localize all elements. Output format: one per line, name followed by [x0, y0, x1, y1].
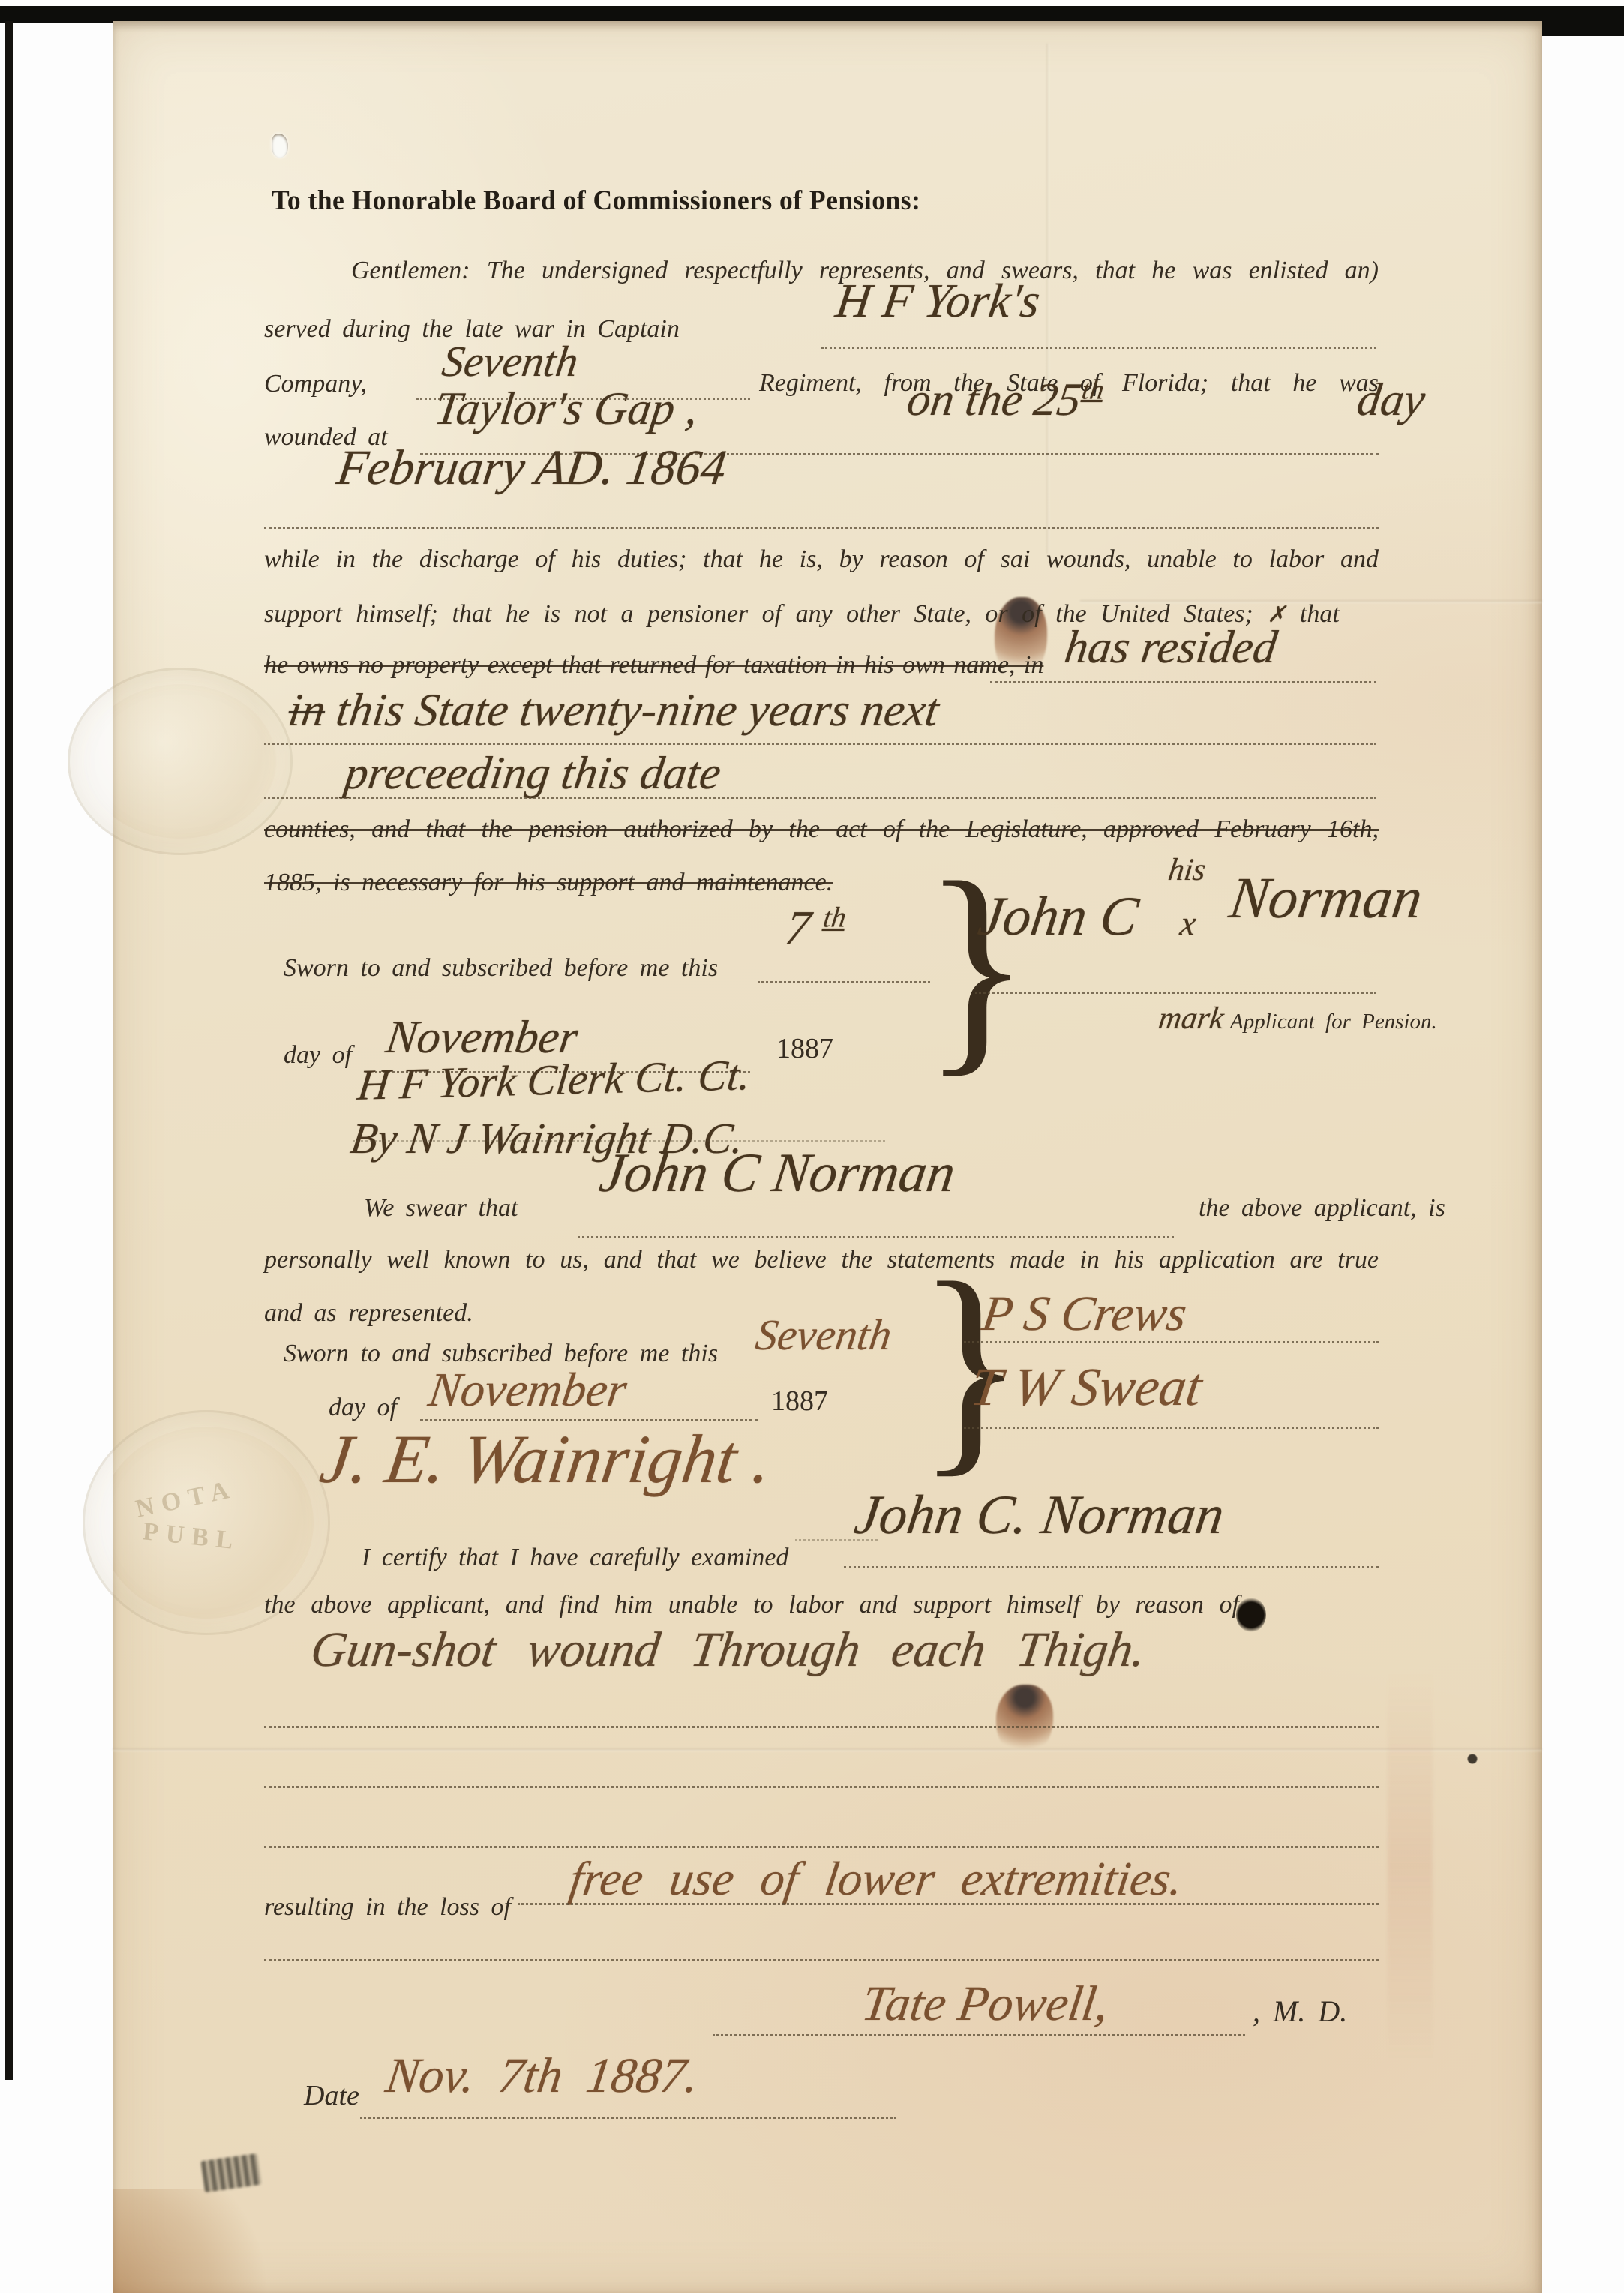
dotted-rule	[713, 2034, 1245, 2036]
oath2-day-handwritten: Seventh	[752, 1310, 895, 1360]
dotted-rule	[518, 1903, 1379, 1905]
resided-line3-handwritten: preceeding this date	[341, 747, 724, 800]
wound-date-handwritten: February AD. 1864	[334, 440, 730, 497]
oath2-month-handwritten: November	[425, 1362, 630, 1418]
scan-border-top	[0, 6, 1624, 23]
resided-in: in	[285, 685, 329, 736]
dotted-rule	[264, 1846, 1379, 1848]
struck-property-line: he owns no property except that returned…	[264, 651, 1043, 680]
applicant-signature-first: John C	[974, 885, 1142, 949]
seal-text-line1: NOTA	[134, 1475, 239, 1523]
applicant-for-pension-label: Applicant for Pension.	[1230, 1010, 1437, 1034]
fold-crease-vertical	[1046, 44, 1049, 554]
ink-blot-lower	[996, 1685, 1053, 1757]
we-swear-label: We swear that	[364, 1194, 518, 1223]
witness-line2: personally well known to us, and that we…	[264, 1247, 1379, 1274]
dotted-rule	[964, 1341, 1379, 1343]
date-handwritten: Nov. 7th 1887.	[383, 2048, 702, 2105]
resided-handwritten: has resided	[1061, 621, 1280, 674]
diagnosis-handwritten: Gun-shot wound Through each Thigh.	[308, 1622, 1149, 1679]
company-handwritten: Seventh	[439, 336, 581, 386]
applicant-signature-last: Norman	[1226, 864, 1427, 932]
loss-handwritten: free use of lower extremities.	[566, 1851, 1187, 1907]
ink-speck	[1467, 1754, 1478, 1764]
resulting-label: resulting in the loss of	[264, 1893, 511, 1922]
physician-line2: the above applicant, and find him unable…	[264, 1592, 1239, 1619]
witness2-signature: T W Sweat	[967, 1356, 1205, 1418]
dotted-rule	[990, 681, 1376, 683]
oath1-day-of-label: day of	[284, 1041, 352, 1070]
date-label: Date	[304, 2079, 359, 2112]
dotted-rule	[360, 2117, 896, 2119]
physician-signature: Tate Powell,	[859, 1976, 1112, 2033]
dotted-rule	[264, 1786, 1379, 1788]
paper-hole	[272, 134, 288, 158]
oath1-day-sup: th	[821, 902, 848, 934]
dotted-rule	[578, 1236, 1174, 1238]
oath1-sworn-label: Sworn to and subscribed before me this	[284, 954, 718, 983]
witness1-signature: P S Crews	[979, 1286, 1190, 1343]
witness-name-handwritten: John C Norman	[596, 1142, 959, 1205]
scan-border-left	[5, 21, 13, 2080]
wounded-onthe: on the 25	[904, 374, 1084, 425]
corner-stain	[113, 2189, 308, 2293]
his-label: his	[1166, 852, 1208, 888]
dotted-rule	[758, 981, 930, 983]
witness-line3: and as represented.	[264, 1299, 473, 1328]
document-page: NOTA PUBL To the Honorable Board of Comm…	[113, 21, 1542, 2293]
resided-rest: this State twenty-nine years next	[333, 685, 942, 736]
examined-name-handwritten: John C. Norman	[851, 1484, 1228, 1547]
wounded-place-handwritten: Taylor's Gap ,	[431, 383, 701, 436]
dotted-rule	[264, 797, 1376, 799]
captain-name-handwritten: H F York's	[833, 273, 1043, 329]
dotted-rule	[264, 743, 1376, 745]
age-streak	[1388, 1671, 1433, 2061]
wounded-sup: th	[1080, 374, 1106, 405]
mark-label: mark	[1157, 1001, 1226, 1037]
ink-dot	[1236, 1598, 1266, 1632]
dotted-rule	[264, 1726, 1379, 1728]
md-label: , M. D.	[1253, 1994, 1347, 2029]
wounded-day-handwritten: day	[1354, 374, 1429, 427]
discharge-line: while in the discharge of his duties; th…	[264, 546, 1379, 573]
resided-line2-handwritten: in this State twenty-nine years next	[285, 684, 942, 737]
oath2-year: 1887	[771, 1385, 828, 1418]
his-mark-x: x	[1178, 903, 1199, 943]
seal-text-line2: PUBL	[141, 1517, 242, 1556]
company-label: Company,	[264, 370, 367, 398]
dotted-rule	[964, 1427, 1379, 1429]
dotted-rule	[821, 347, 1376, 349]
dotted-rule	[844, 1566, 1379, 1568]
notary-signature: J. E. Wainright .	[316, 1419, 777, 1499]
oath1-day-number: 7	[782, 901, 814, 954]
pensioner-line-b: that	[1300, 600, 1340, 628]
archive-stamp	[200, 2153, 261, 2192]
oath1-day-handwritten: 7 th	[782, 900, 848, 956]
scan-border-top-right	[1530, 6, 1624, 36]
dotted-rule	[264, 527, 1379, 529]
wounded-date-phrase-handwritten: on the 25th	[904, 374, 1106, 427]
struck-1885-line: 1885, is necessary for his support and m…	[264, 869, 833, 897]
oath2-day-of-label: day of	[329, 1394, 397, 1422]
clerk-signature-handwritten: H F York Clerk Ct. Ct.	[355, 1049, 753, 1110]
embossed-seal-upper	[68, 668, 293, 855]
dotted-rule	[264, 1959, 1379, 1961]
dotted-rule	[975, 992, 1376, 994]
struck-counties-line: counties, and that the pension authorize…	[264, 816, 1379, 843]
fold-crease-lower	[113, 1748, 1542, 1751]
scanned-document: NOTA PUBL To the Honorable Board of Comm…	[0, 0, 1624, 2293]
document-title: To the Honorable Board of Commissioners …	[272, 185, 920, 217]
witness-tail-label: the above applicant, is	[1199, 1194, 1445, 1223]
oath1-year: 1887	[776, 1032, 833, 1065]
certify-label: I certify that I have carefully examined	[362, 1544, 788, 1572]
